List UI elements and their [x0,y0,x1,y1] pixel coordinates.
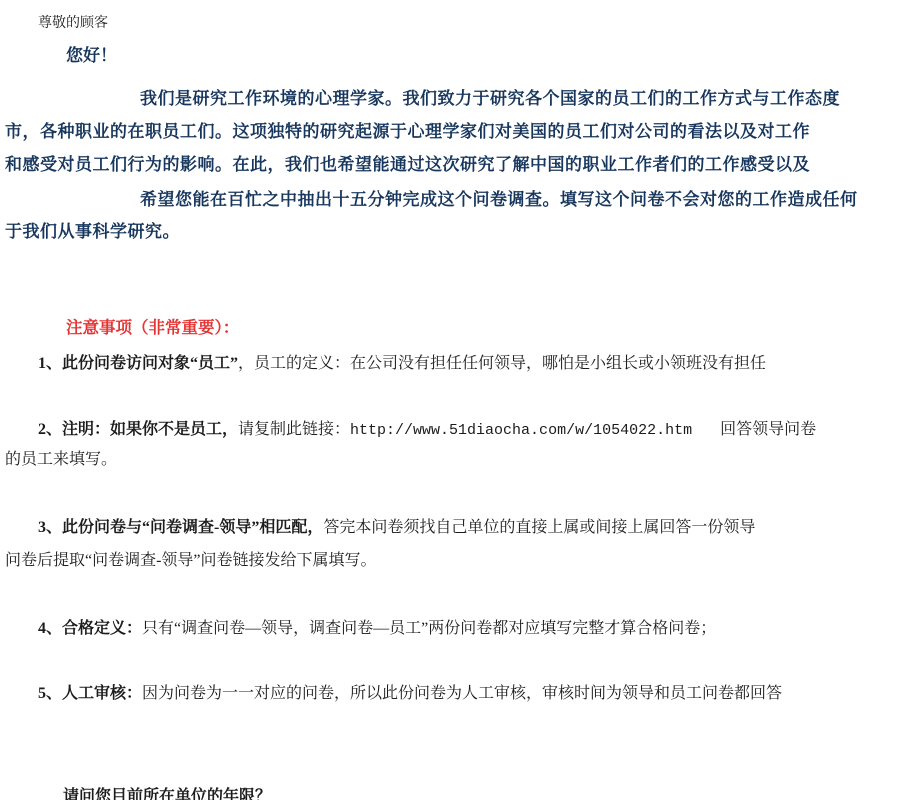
notice-item-4-rest: 只有“调查问卷—领导，调查问卷—员工”两份问卷都对应填写完整才算合格问卷； [142,620,716,637]
notice-item-1-bold: 1、此份问卷访问对象“员工” [38,355,238,372]
salutation-text: 尊敬的顾客 [38,14,108,32]
notice-item-3: 3、此份问卷与“问卷调查-领导”相匹配，答完本问卷须找自己单位的直接上属或间接上… [38,518,755,538]
notice-item-2-line-2: 的员工来填写。 [5,450,117,470]
intro-line-2: 市，各种职业的在职员工们。这项独特的研究起源于心理学家们对美国的员工们对公司的看… [5,121,810,142]
notice-item-2-rest-pre: 请复制此链接： [238,421,350,438]
notice-item-3-bold: 3、此份问卷与“问卷调查-领导”相匹配， [38,519,323,536]
notice-item-5: 5、人工审核：因为问卷为一一对应的问卷，所以此份问卷为人工审核，审核时间为领导和… [38,684,782,704]
notice-item-3-rest: 答完本问卷须找自己单位的直接上属或间接上属回答一份领导 [323,519,755,536]
notice-item-1-rest: ，员工的定义：在公司没有担任任何领导，哪怕是小组长或小领班没有担任 [238,355,766,372]
greeting-text: 您好！ [66,45,117,66]
notice-item-5-rest: 因为问卷为一一对应的问卷，所以此份问卷为人工审核，审核时间为领导和员工问卷都回答 [142,685,782,702]
intro-line-4: 希望您能在百忙之中抽出十五分钟完成这个问卷调查。填写这个问卷不会对您的工作造成任… [140,189,858,210]
intro-line-5: 于我们从事科学研究。 [5,221,180,242]
survey-intro-page: 尊敬的顾客 您好！ 我们是研究工作环境的心理学家。我们致力于研究各个国家的员工们… [0,0,900,800]
intro-line-1: 我们是研究工作环境的心理学家。我们致力于研究各个国家的员工们的工作方式与工作态度 [140,88,840,109]
notice-item-3-line-2: 问卷后提取“问卷调查-领导”问卷链接发给下属填写。 [5,551,377,571]
notice-item-2-rest-post: 回答领导问卷 [720,421,816,438]
survey-link-text: http://www.51diaocha.com/w/1054022.htm [350,422,692,439]
notice-item-4: 4、合格定义：只有“调查问卷—领导，调查问卷—员工”两份问卷都对应填写完整才算合… [38,619,716,639]
notice-item-5-bold: 5、人工审核： [38,685,142,702]
notice-item-1: 1、此份问卷访问对象“员工”，员工的定义：在公司没有担任任何领导，哪怕是小组长或… [38,354,766,374]
notice-item-2-bold: 2、注明：如果你不是员工， [38,421,238,438]
notice-item-4-bold: 4、合格定义： [38,620,142,637]
first-question-clipped: 请问您目前所在单位的年限？ [63,787,271,800]
notice-heading: 注意事项（非常重要）： [66,318,239,339]
intro-line-3: 和感受对员工们行为的影响。在此，我们也希望能通过这次研究了解中国的职业工作者们的… [5,154,810,175]
notice-item-2: 2、注明：如果你不是员工，请复制此链接：http://www.51diaocha… [38,420,816,441]
